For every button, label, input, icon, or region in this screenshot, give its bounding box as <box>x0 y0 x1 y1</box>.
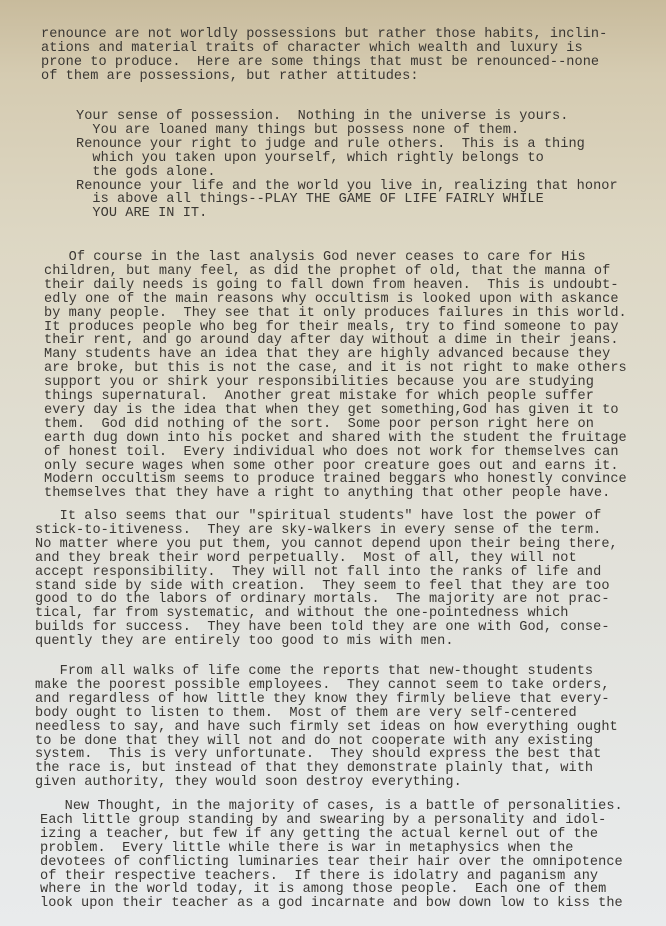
text-line: of them are possessions, but rather atti… <box>41 70 419 84</box>
text-line: and they break their word perpetually. M… <box>35 552 577 566</box>
text-line: of their respective teachers. If there i… <box>40 870 598 884</box>
text-line: them. God did nothing of the sort. Some … <box>44 418 594 432</box>
text-line: system. This is very unfortunate. They s… <box>35 748 601 762</box>
text-line: support you or shirk your responsibiliti… <box>44 376 594 390</box>
text-line: the race is, but instead of that they de… <box>35 762 593 776</box>
text-line: themselves that they have a right to any… <box>44 487 610 501</box>
text-line: their rent, and go around day after day … <box>44 334 619 348</box>
text-line: which you taken upon yourself, which rig… <box>76 152 544 166</box>
text-line: tical, far from systematic, and without … <box>35 607 569 621</box>
text-line: YOU ARE IN IT. <box>76 207 207 221</box>
text-line: Of course in the last analysis God never… <box>44 251 586 265</box>
text-line: body ought to listen to them. Most of th… <box>35 707 577 721</box>
text-line: devotees of conflicting luminaries tear … <box>40 856 623 870</box>
text-line: Renounce your life and the world you liv… <box>76 180 618 194</box>
text-line: look upon their teacher as a god incarna… <box>40 897 623 911</box>
text-line: is above all things--PLAY THE GAME OF LI… <box>76 193 544 207</box>
text-line: good to do the labors of ordinary mortal… <box>35 593 610 607</box>
text-line: stick-to-itiveness. They are sky-walkers… <box>35 524 601 538</box>
text-line: where in the world today, it is among th… <box>40 883 606 897</box>
text-line: to be done that they will not and do not… <box>35 735 593 749</box>
text-line: make the poorest possible employees. The… <box>35 679 610 693</box>
text-line: quently they are entirely too good to mi… <box>35 635 454 649</box>
text-line: problem. Every little while there is war… <box>40 842 574 856</box>
text-line: by many people. They see that it only pr… <box>44 307 627 321</box>
text-line: only secure wages when some other poor c… <box>44 460 619 474</box>
text-line: It produces people who beg for their mea… <box>44 321 619 335</box>
text-line: every day is the idea that when they get… <box>44 404 619 418</box>
text-line: Modern occultism seems to produce traine… <box>44 473 627 487</box>
text-line: ations and material traits of character … <box>41 42 583 56</box>
text-line: children, but many feel, as did the prop… <box>44 265 610 279</box>
text-line: New Thought, in the majority of cases, i… <box>40 800 623 814</box>
text-line: edly one of the main reasons why occulti… <box>44 293 619 307</box>
text-line: izing a teacher, but few if any getting … <box>40 828 598 842</box>
text-line: of honest toil. Every individual who doe… <box>44 446 619 460</box>
text-line: Your sense of possession. Nothing in the… <box>76 110 568 124</box>
text-line: earth dug down into his pocket and share… <box>44 432 627 446</box>
text-line: stand side by side with creation. They s… <box>35 580 610 594</box>
text-line: needless to say, and have such firmly se… <box>35 721 618 735</box>
text-line: things supernatural. Another great mista… <box>44 390 594 404</box>
text-line: renounce are not worldly possessions but… <box>41 28 607 42</box>
text-line: given authority, they would soon destroy… <box>35 776 462 790</box>
text-line: the gods alone. <box>76 166 216 180</box>
typewritten-page: renounce are not worldly possessions but… <box>0 0 666 926</box>
text-line: and regardless of how little they know t… <box>35 693 610 707</box>
text-line: No matter where you put them, you cannot… <box>35 538 618 552</box>
text-line: prone to produce. Here are some things t… <box>41 56 599 70</box>
text-line: Each little group standing by and sweari… <box>40 814 606 828</box>
text-line: From all walks of life come the reports … <box>35 665 593 679</box>
text-line: You are loaned many things but possess n… <box>76 124 519 138</box>
text-line: their daily needs is going to fall down … <box>44 279 619 293</box>
text-line: Renounce your right to judge and rule ot… <box>76 138 585 152</box>
text-line: It also seems that our "spiritual studen… <box>35 510 601 524</box>
text-line: are broke, but this is not the case, and… <box>44 362 627 376</box>
text-line: Many students have an idea that they are… <box>44 348 610 362</box>
text-line: accept responsibility. They will not fal… <box>35 566 601 580</box>
text-line: builds for success. They have been told … <box>35 621 610 635</box>
